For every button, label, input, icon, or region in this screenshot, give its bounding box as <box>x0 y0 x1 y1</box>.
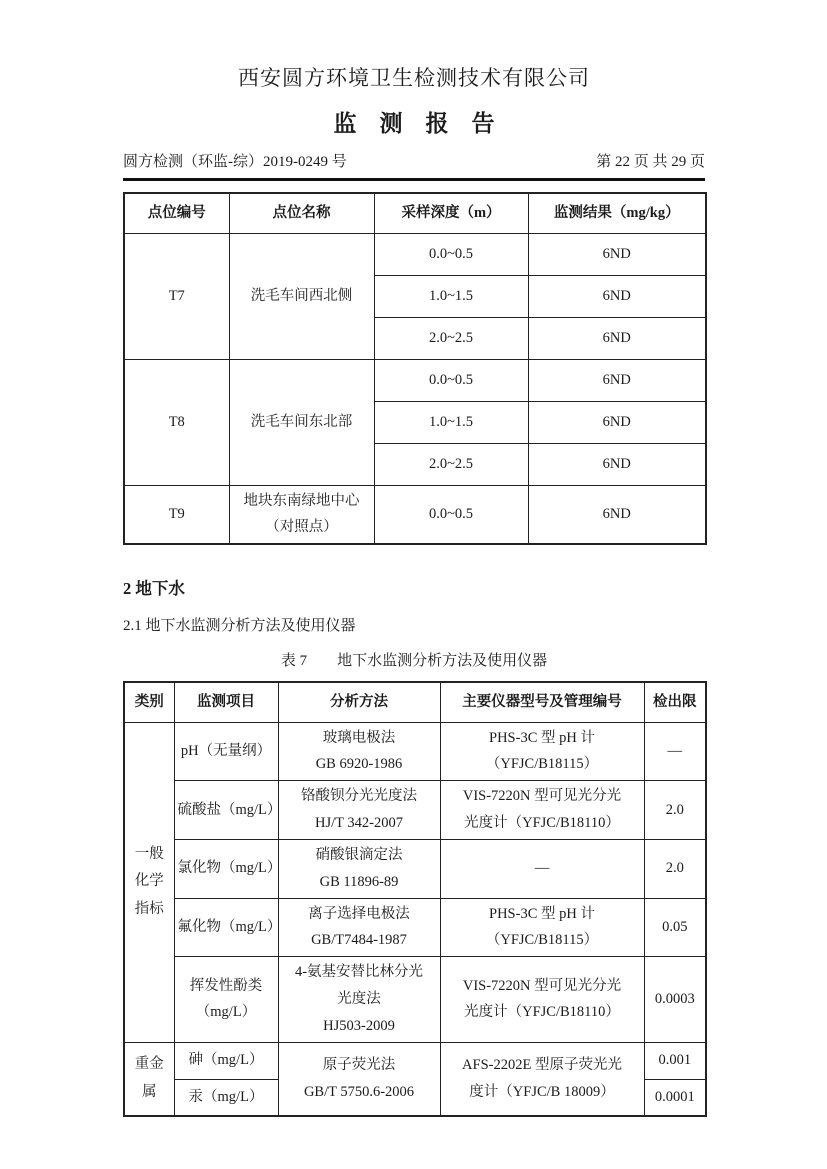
point-name-cell: 洗毛车间西北侧 <box>229 233 374 359</box>
instrument-cell: PHS-3C 型 pH 计 （YFJC/B18115） <box>440 722 644 781</box>
depth-cell: 2.0~2.5 <box>374 443 528 485</box>
col-header-point-name: 点位名称 <box>229 193 374 233</box>
limit-cell: — <box>644 722 706 781</box>
depth-cell: 2.0~2.5 <box>374 317 528 359</box>
col-header-result: 监测结果（mg/kg） <box>528 193 706 233</box>
page-number: 第 22 页 共 29 页 <box>596 150 705 171</box>
result-cell: 6ND <box>528 485 706 544</box>
table7-caption: 表 7 地下水监测分析方法及使用仪器 <box>123 649 705 670</box>
item-cell: 砷（mg/L） <box>174 1042 278 1079</box>
subsection-heading-methods: 2.1 地下水监测分析方法及使用仪器 <box>123 614 705 635</box>
section-heading-groundwater: 2 地下水 <box>123 575 705 599</box>
table-row: 挥发性酚类 （mg/L） 4-氨基安替比林分光 光度法 HJ503-2009 V… <box>124 957 706 1042</box>
method-cell: 玻璃电极法 GB 6920-1986 <box>278 722 440 781</box>
table-header-row: 类别 监测项目 分析方法 主要仪器型号及管理编号 检出限 <box>124 682 706 722</box>
method-cell: 离子选择电极法 GB/T7484-1987 <box>278 898 440 957</box>
table-row: 一般 化学 指标 pH（无量纲） 玻璃电极法 GB 6920-1986 PHS-… <box>124 722 706 781</box>
table-row: 氟化物（mg/L） 离子选择电极法 GB/T7484-1987 PHS-3C 型… <box>124 898 706 957</box>
report-ref-no: 圆方检测（环监-综）2019-0249 号 <box>123 150 347 171</box>
col-header-method: 分析方法 <box>278 682 440 722</box>
item-cell: 挥发性酚类 （mg/L） <box>174 957 278 1042</box>
method-cell: 原子荧光法 GB/T 5750.6-2006 <box>278 1042 440 1116</box>
item-cell: pH（无量纲） <box>174 722 278 781</box>
report-meta-row: 圆方检测（环监-综）2019-0249 号 第 22 页 共 29 页 <box>123 150 705 181</box>
table-row: T8 洗毛车间东北部 0.0~0.5 6ND <box>124 359 706 401</box>
depth-cell: 1.0~1.5 <box>374 401 528 443</box>
category-cell: 重金 属 <box>124 1042 174 1116</box>
category-cell: 一般 化学 指标 <box>124 722 174 1042</box>
table-row: 硫酸盐（mg/L） 铬酸钡分光光度法 HJ/T 342-2007 VIS-722… <box>124 781 706 840</box>
instrument-cell: PHS-3C 型 pH 计 （YFJC/B18115） <box>440 898 644 957</box>
method-cell: 4-氨基安替比林分光 光度法 HJ503-2009 <box>278 957 440 1042</box>
instrument-cell: AFS-2202E 型原子荧光光 度计（YFJC/B 18009） <box>440 1042 644 1116</box>
col-header-item: 监测项目 <box>174 682 278 722</box>
depth-cell: 0.0~0.5 <box>374 359 528 401</box>
limit-cell: 2.0 <box>644 781 706 840</box>
item-cell: 硫酸盐（mg/L） <box>174 781 278 840</box>
result-cell: 6ND <box>528 317 706 359</box>
col-header-limit: 检出限 <box>644 682 706 722</box>
item-cell: 氯化物（mg/L） <box>174 839 278 898</box>
table-row: 氯化物（mg/L） 硝酸银滴定法 GB 11896-89 — 2.0 <box>124 839 706 898</box>
point-id-cell: T8 <box>124 359 229 485</box>
point-name-cell: 洗毛车间东北部 <box>229 359 374 485</box>
point-id-cell: T9 <box>124 485 229 544</box>
limit-cell: 0.0001 <box>644 1079 706 1116</box>
result-cell: 6ND <box>528 275 706 317</box>
col-header-category: 类别 <box>124 682 174 722</box>
report-title: 监 测 报 告 <box>123 105 705 138</box>
col-header-depth: 采样深度（m） <box>374 193 528 233</box>
instrument-cell: — <box>440 839 644 898</box>
item-cell: 氟化物（mg/L） <box>174 898 278 957</box>
table-row: T9 地块东南绿地中心 （对照点） 0.0~0.5 6ND <box>124 485 706 544</box>
instrument-cell: VIS-7220N 型可见光分光 光度计（YFJC/B18110） <box>440 781 644 840</box>
report-page: 西安圆方环境卫生检测技术有限公司 监 测 报 告 圆方检测（环监-综）2019-… <box>0 0 827 1169</box>
method-cell: 铬酸钡分光光度法 HJ/T 342-2007 <box>278 781 440 840</box>
limit-cell: 0.0003 <box>644 957 706 1042</box>
item-cell: 汞（mg/L） <box>174 1079 278 1116</box>
table-row: T7 洗毛车间西北侧 0.0~0.5 6ND <box>124 233 706 275</box>
soil-results-table: 点位编号 点位名称 采样深度（m） 监测结果（mg/kg） T7 洗毛车间西北侧… <box>123 192 707 545</box>
point-id-cell: T7 <box>124 233 229 359</box>
groundwater-methods-table: 类别 监测项目 分析方法 主要仪器型号及管理编号 检出限 一般 化学 指标 pH… <box>123 681 707 1117</box>
depth-cell: 0.0~0.5 <box>374 233 528 275</box>
page-content: 西安圆方环境卫生检测技术有限公司 监 测 报 告 圆方检测（环监-综）2019-… <box>123 0 705 1117</box>
depth-cell: 0.0~0.5 <box>374 485 528 544</box>
point-name-cell: 地块东南绿地中心 （对照点） <box>229 485 374 544</box>
company-name: 西安圆方环境卫生检测技术有限公司 <box>123 0 705 92</box>
result-cell: 6ND <box>528 401 706 443</box>
method-cell: 硝酸银滴定法 GB 11896-89 <box>278 839 440 898</box>
result-cell: 6ND <box>528 443 706 485</box>
depth-cell: 1.0~1.5 <box>374 275 528 317</box>
result-cell: 6ND <box>528 359 706 401</box>
result-cell: 6ND <box>528 233 706 275</box>
instrument-cell: VIS-7220N 型可见光分光 光度计（YFJC/B18110） <box>440 957 644 1042</box>
limit-cell: 0.05 <box>644 898 706 957</box>
limit-cell: 2.0 <box>644 839 706 898</box>
table-row: 重金 属 砷（mg/L） 原子荧光法 GB/T 5750.6-2006 AFS-… <box>124 1042 706 1079</box>
table-header-row: 点位编号 点位名称 采样深度（m） 监测结果（mg/kg） <box>124 193 706 233</box>
col-header-instrument: 主要仪器型号及管理编号 <box>440 682 644 722</box>
col-header-point-id: 点位编号 <box>124 193 229 233</box>
limit-cell: 0.001 <box>644 1042 706 1079</box>
